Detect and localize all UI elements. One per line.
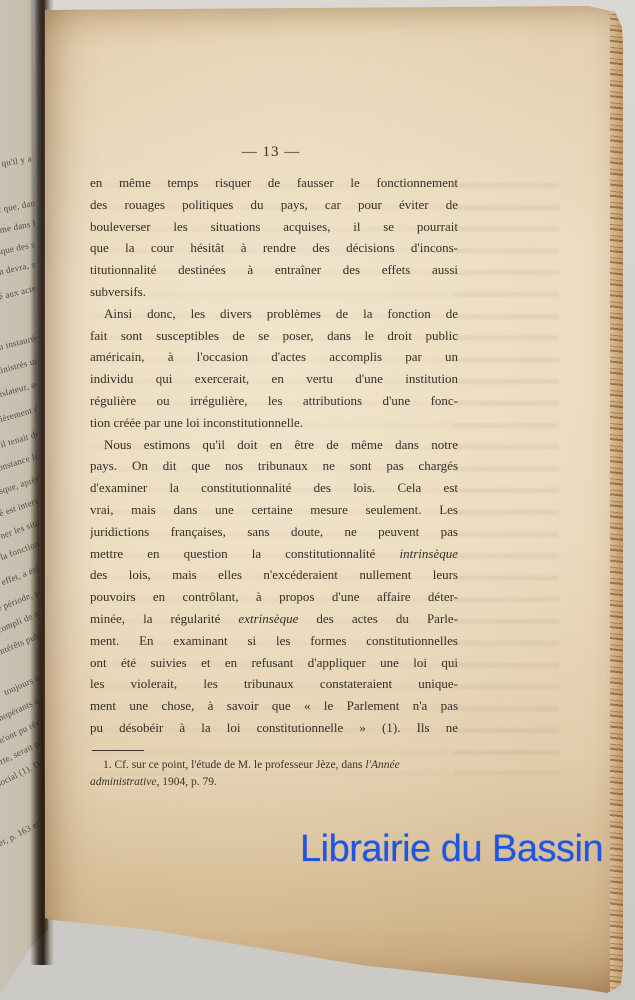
text-line: que la cour hésitât à rendre des décisio… — [90, 237, 458, 259]
text-run: des rouages politiques du pays, car pour… — [90, 197, 458, 212]
book-photo: qu'il y a nnt que, dansme dans lesque de… — [0, 0, 635, 1000]
italic-text-run: intrinsèque — [400, 546, 459, 561]
text-line: minée, la régularité extrinsèque des act… — [90, 608, 458, 630]
page-number: — 13 — — [201, 144, 341, 161]
text-run: les violerait, les tribunaux constaterai… — [90, 676, 458, 691]
text-line: des lois, mais elles n'excéderaient null… — [90, 564, 458, 586]
text-run: tion créée par une loi inconstitutionnel… — [90, 415, 303, 430]
text-line: vrai, mais dans une certaine mesure seul… — [90, 499, 458, 521]
text-run: fait sont susceptibles de se poser, dans… — [90, 328, 458, 343]
show-through-text — [453, 183, 559, 775]
text-line: ment. En examinant si les formes constit… — [90, 630, 458, 652]
text-line: pays. On dit que nos tribunaux ne sont p… — [90, 455, 458, 477]
text-line: Ainsi donc, les divers problèmes de la f… — [90, 303, 458, 325]
text-run: minée, la régularité — [90, 611, 238, 626]
text-run: vrai, mais dans une certaine mesure seul… — [90, 502, 458, 517]
text-run: régulière ou irrégulière, les attributio… — [90, 393, 458, 408]
watermark: Librairie du Bassin — [300, 828, 603, 871]
footnote-line: 1. Cf. sur ce point, l'étude de M. le pr… — [90, 757, 462, 774]
text-line: ont été suivies et en refusant d'appliqu… — [90, 652, 458, 674]
body-text: en même temps risquer de fausser le fonc… — [90, 172, 458, 739]
italic-text-run: extrinsèque — [238, 611, 298, 626]
page-fore-edge — [610, 5, 623, 993]
text-line: juridictions françaises, sans doute, ne … — [90, 521, 458, 543]
text-run: pouvoirs en contrôlant, à propos d'une a… — [90, 589, 458, 604]
text-line: régulière ou irrégulière, les attributio… — [90, 390, 458, 412]
text-line: mettre en question la constitutionnalité… — [90, 543, 458, 565]
text-run: des actes du Parle- — [298, 611, 458, 626]
text-line: des rouages politiques du pays, car pour… — [90, 194, 458, 216]
text-line: Nous estimons qu'il doit en être de même… — [90, 434, 458, 456]
text-run: d'examiner la constitutionnalité des loi… — [90, 480, 458, 495]
text-run: pu désobéir à la loi constitutionnelle »… — [90, 720, 458, 735]
text-run: ont été suivies et en refusant d'appliqu… — [90, 655, 458, 670]
text-run: mettre en question la constitutionnalité — [90, 546, 400, 561]
text-run: ment une chose, à savoir que « le Parlem… — [90, 698, 458, 713]
text-line: en même temps risquer de fausser le fonc… — [90, 172, 458, 194]
text-line: tion créée par une loi inconstitutionnel… — [90, 412, 458, 434]
text-run: Nous estimons qu'il doit en être de même… — [104, 437, 458, 452]
text-line: pouvoirs en contrôlant, à propos d'une a… — [90, 586, 458, 608]
text-run: , 1904, p. 79. — [156, 776, 216, 788]
footnote-rule — [92, 750, 144, 751]
text-line: fait sont susceptibles de se poser, dans… — [90, 325, 458, 347]
text-run: américain, à l'occasion d'actes accompli… — [90, 349, 458, 364]
text-line: individu qui exercerait, en vertu d'une … — [90, 368, 458, 390]
text-run: des lois, mais elles n'excéderaient null… — [90, 567, 458, 582]
text-line: subversifs. — [90, 281, 458, 303]
text-run: que la cour hésitât à rendre des décisio… — [90, 240, 458, 255]
text-line: pu désobéir à la loi constitutionnelle »… — [90, 717, 458, 739]
text-line: d'examiner la constitutionnalité des loi… — [90, 477, 458, 499]
text-run: Ainsi donc, les divers problèmes de la f… — [104, 306, 458, 321]
text-run: titutionnalité destinées à entraîner des… — [90, 262, 458, 277]
text-line: américain, à l'occasion d'actes accompli… — [90, 346, 458, 368]
footnote: 1. Cf. sur ce point, l'étude de M. le pr… — [90, 757, 462, 790]
text-line: bouleverser les situations acquises, il … — [90, 216, 458, 238]
text-run: 1. Cf. sur ce point, l'étude de M. le pr… — [103, 759, 365, 771]
text-run: juridictions françaises, sans doute, ne … — [90, 524, 458, 539]
text-run: subversifs. — [90, 284, 146, 299]
italic-text-run: l'Année — [365, 759, 399, 771]
text-run: bouleverser les situations acquises, il … — [90, 219, 458, 234]
text-run: individu qui exercerait, en vertu d'une … — [90, 371, 458, 386]
text-line: ment une chose, à savoir que « le Parlem… — [90, 695, 458, 717]
footnote-line: administrative, 1904, p. 79. — [90, 774, 462, 791]
text-line: titutionnalité destinées à entraîner des… — [90, 259, 458, 281]
text-run: pays. On dit que nos tribunaux ne sont p… — [90, 458, 458, 473]
text-line: les violerait, les tribunaux constaterai… — [90, 673, 458, 695]
text-run: en même temps risquer de fausser le fonc… — [90, 175, 458, 190]
italic-text-run: administrative — [90, 776, 156, 788]
text-run: ment. En examinant si les formes constit… — [90, 633, 458, 648]
